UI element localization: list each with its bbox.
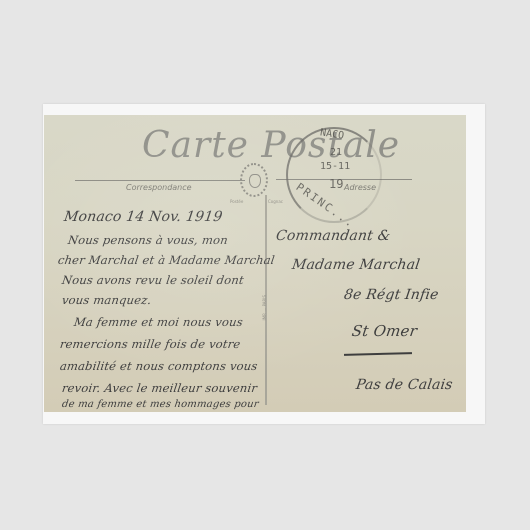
emblem-caption-left: Postée (230, 199, 243, 204)
correspondence-label: Correspondance (126, 183, 192, 192)
message-line: de ma femme et mes hommages pour (61, 399, 259, 410)
postmark-day: 21 (330, 147, 342, 158)
divider-printer-text: IMP. ... PARIS (262, 295, 267, 320)
header-rule-left (75, 180, 245, 181)
address-line: Madame Marchal (291, 257, 421, 273)
postmark-year: 19 (329, 177, 343, 191)
message-line: vous manquez. (61, 293, 152, 307)
message-line: cher Marchal et à Madame Marchal (57, 253, 276, 267)
address-line: Commandant & (275, 228, 392, 244)
postcard: Carte Postale Correspondance Adresse Pos… (44, 115, 466, 412)
postmark-time: 15-11 (320, 161, 350, 172)
message-line: remercions mille fois de votre (59, 337, 241, 351)
address-line: 8e Régt Infie (343, 287, 440, 303)
message-line: Monaco 14 Nov. 1919 (63, 209, 224, 225)
message-line: amabilité et nous comptons vous (59, 359, 259, 373)
emblem-caption-right: Cognac (268, 199, 283, 204)
address-line: Pas de Calais (355, 377, 454, 393)
address-line: St Omer (351, 322, 419, 340)
message-line: revoir. Avec le meilleur souvenir (61, 381, 258, 395)
emblem-icon (240, 163, 268, 197)
message-line: Ma femme et moi nous vous (73, 315, 244, 329)
message-line: Nous pensons à vous, mon (67, 233, 229, 247)
address-underline (344, 352, 412, 356)
message-line: Nous avons revu le soleil dont (61, 273, 245, 287)
